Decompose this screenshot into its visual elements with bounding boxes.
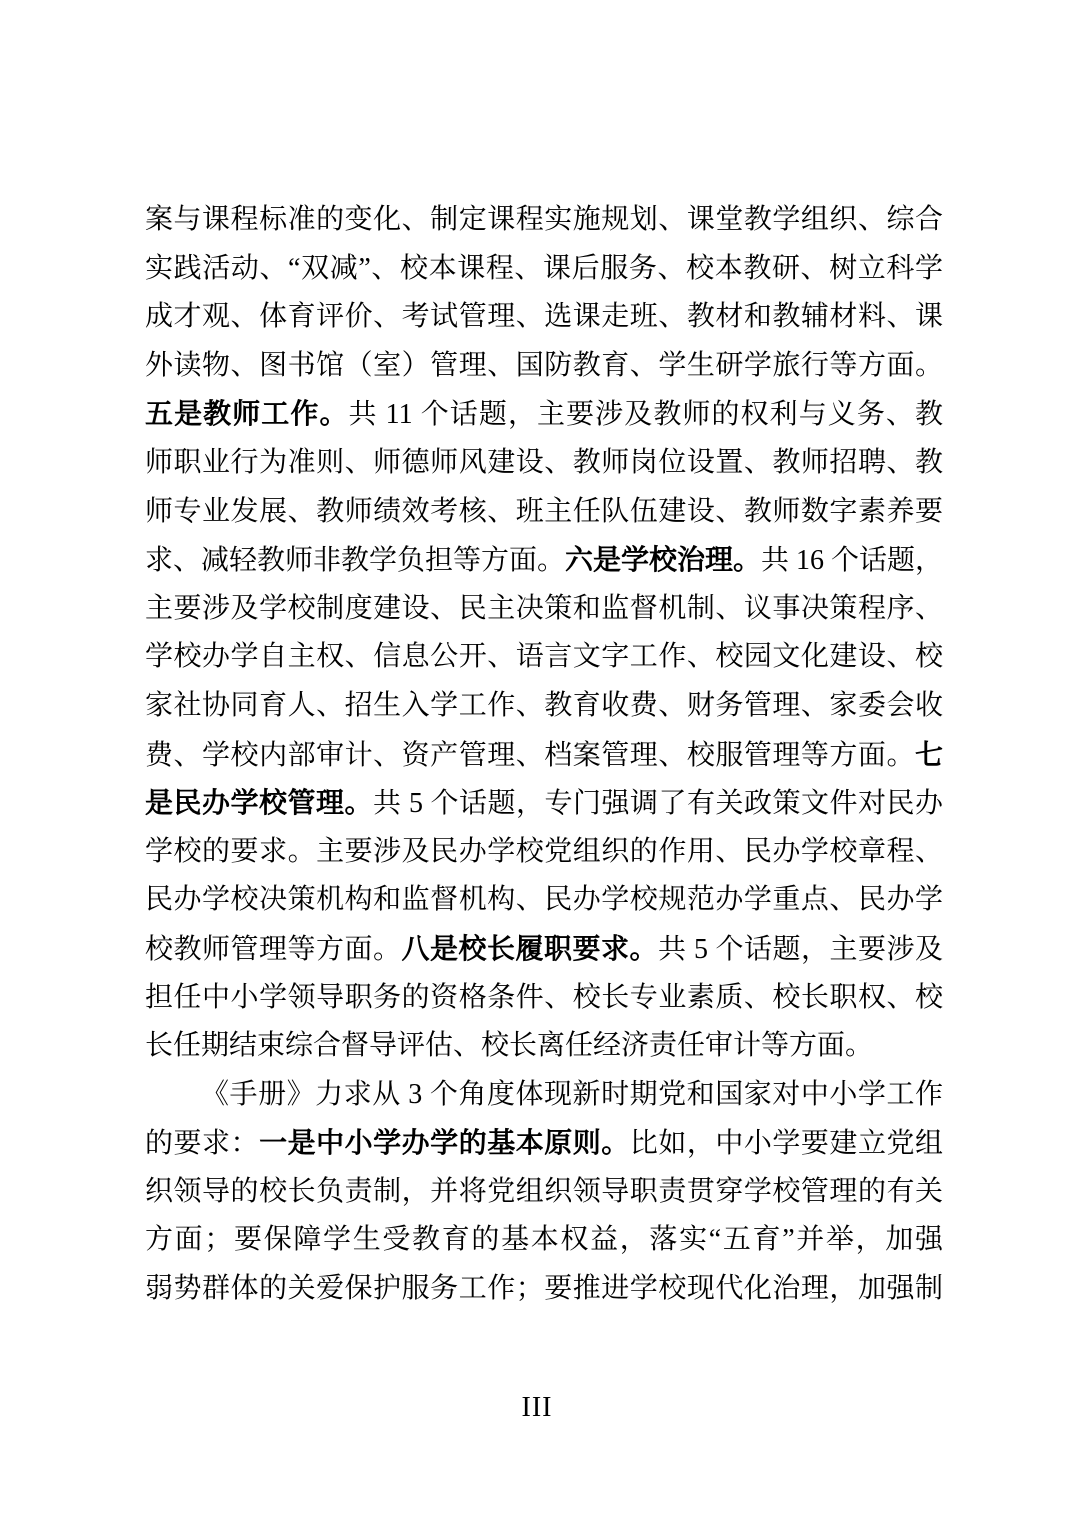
text-run: 共 16 个话题，	[761, 545, 943, 576]
emphasis-run: 七	[915, 739, 943, 770]
text-run: 织领导的校长负责制，并将党组织领导职责贯穿学校管理的有关	[145, 1176, 943, 1207]
text-run: 案与课程标准的变化、制定课程实施规划、课堂教学组织、综合	[145, 204, 943, 235]
emphasis-run: 八是校长履职要求。	[402, 933, 659, 964]
emphasis-run: 六是学校治理。	[565, 544, 761, 575]
text-line: 师专业发展、教师绩效考核、班主任队伍建设、教师数字素养要	[145, 488, 943, 537]
text-run: 校教师管理等方面。	[145, 934, 402, 965]
text-line: 长任期结束综合督导评估、校长离任经济责任审计等方面。	[145, 1022, 943, 1071]
text-run: 成才观、体育评价、考试管理、选课走班、教材和教辅材料、课	[145, 301, 943, 332]
text-line: 费、学校内部审计、资产管理、档案管理、校服管理等方面。七	[145, 731, 943, 780]
text-line: 校教师管理等方面。八是校长履职要求。共 5 个话题，主要涉及	[145, 925, 943, 974]
text-run: 比如，中小学要建立党组	[630, 1128, 943, 1159]
emphasis-run: 是民办学校管理。	[145, 787, 373, 818]
text-run: 担任中小学领导职务的资格条件、校长专业素质、校长职权、校	[145, 982, 943, 1013]
text-line: 五是教师工作。共 11 个话题，主要涉及教师的权利与义务、教	[145, 390, 943, 439]
text-line: 方面；要保障学生受教育的基本权益，落实“五育”并举，加强	[145, 1216, 943, 1265]
text-line: 师职业行为准则、师德师风建设、教师岗位设置、教师招聘、教	[145, 439, 943, 488]
text-line: 织领导的校长负责制，并将党组织领导职责贯穿学校管理的有关	[145, 1168, 943, 1217]
text-line: 成才观、体育评价、考试管理、选课走班、教材和教辅材料、课	[145, 293, 943, 342]
page-number: III	[0, 1390, 1074, 1426]
text-block: 案与课程标准的变化、制定课程实施规划、课堂教学组织、综合实践活动、“双减”、校本…	[145, 196, 943, 1314]
text-line: 《手册》力求从 3 个角度体现新时期党和国家对中小学工作	[145, 1071, 943, 1120]
text-line: 案与课程标准的变化、制定课程实施规划、课堂教学组织、综合	[145, 196, 943, 245]
text-run: 师专业发展、教师绩效考核、班主任队伍建设、教师数字素养要	[145, 496, 943, 527]
text-run: 民办学校决策机构和监督机构、民办学校规范办学重点、民办学	[145, 884, 943, 915]
text-line: 民办学校决策机构和监督机构、民办学校规范办学重点、民办学	[145, 876, 943, 925]
text-run: 共 5 个话题，专门强调了有关政策文件对民办	[373, 788, 943, 819]
text-run: 的要求：	[145, 1128, 259, 1159]
text-run: 共 11 个话题，主要涉及教师的权利与义务、教	[349, 399, 943, 430]
text-run: 家社协同育人、招生入学工作、教育收费、财务管理、家委会收	[145, 690, 943, 721]
text-line: 求、减轻教师非教学负担等方面。六是学校治理。共 16 个话题，	[145, 536, 943, 585]
emphasis-run: 一是中小学办学的基本原则。	[259, 1127, 630, 1158]
text-run: 《手册》力求从 3 个角度体现新时期党和国家对中小学工作	[201, 1079, 943, 1110]
text-run: 方面；要保障学生受教育的基本权益，落实“五育”并举，加强	[145, 1224, 943, 1255]
text-run: 费、学校内部审计、资产管理、档案管理、校服管理等方面。	[145, 740, 915, 771]
emphasis-run: 五是教师工作。	[145, 398, 349, 429]
text-line: 实践活动、“双减”、校本课程、课后服务、校本教研、树立科学	[145, 245, 943, 294]
text-run: 师职业行为准则、师德师风建设、教师岗位设置、教师招聘、教	[145, 447, 943, 478]
text-line: 外读物、图书馆（室）管理、国防教育、学生研学旅行等方面。	[145, 342, 943, 391]
text-run: 实践活动、“双减”、校本课程、课后服务、校本教研、树立科学	[145, 253, 943, 284]
text-line: 家社协同育人、招生入学工作、教育收费、财务管理、家委会收	[145, 682, 943, 731]
text-line: 是民办学校管理。共 5 个话题，专门强调了有关政策文件对民办	[145, 779, 943, 828]
text-line: 学校的要求。主要涉及民办学校党组织的作用、民办学校章程、	[145, 828, 943, 877]
text-run: 外读物、图书馆（室）管理、国防教育、学生研学旅行等方面。	[145, 350, 943, 381]
text-run: 弱势群体的关爱保护服务工作；要推进学校现代化治理，加强制	[145, 1273, 943, 1304]
document-page: 案与课程标准的变化、制定课程实施规划、课堂教学组织、综合实践活动、“双减”、校本…	[0, 0, 1074, 1520]
text-line: 的要求：一是中小学办学的基本原则。比如，中小学要建立党组	[145, 1119, 943, 1168]
text-line: 主要涉及学校制度建设、民主决策和监督机制、议事决策程序、	[145, 585, 943, 634]
text-run: 求、减轻教师非教学负担等方面。	[145, 545, 565, 576]
text-run: 主要涉及学校制度建设、民主决策和监督机制、议事决策程序、	[145, 593, 943, 624]
text-line: 担任中小学领导职务的资格条件、校长专业素质、校长职权、校	[145, 974, 943, 1023]
text-run: 学校的要求。主要涉及民办学校党组织的作用、民办学校章程、	[145, 836, 943, 867]
text-run: 学校办学自主权、信息公开、语言文字工作、校园文化建设、校	[145, 641, 943, 672]
text-run: 共 5 个话题，主要涉及	[658, 934, 943, 965]
text-run: 长任期结束综合督导评估、校长离任经济责任审计等方面。	[145, 1030, 873, 1061]
text-line: 学校办学自主权、信息公开、语言文字工作、校园文化建设、校	[145, 633, 943, 682]
text-line: 弱势群体的关爱保护服务工作；要推进学校现代化治理，加强制	[145, 1265, 943, 1314]
